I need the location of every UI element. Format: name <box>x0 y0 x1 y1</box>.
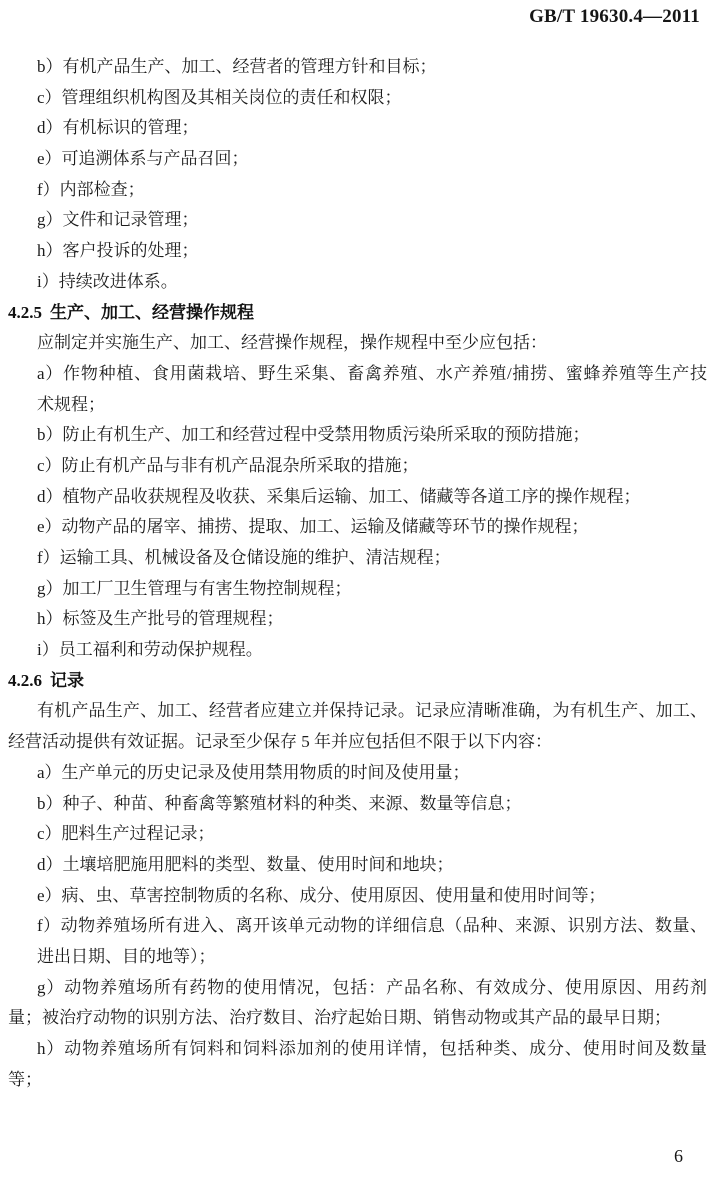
doc-list-item-line: 术规程； <box>8 390 707 421</box>
document-page: GB/T 19630.4—2011 b）有机产品生产、加工、经营者的管理方针和目… <box>0 0 720 1181</box>
doc-list-item-line: b）有机产品生产、加工、经营者的管理方针和目标； <box>8 52 707 83</box>
standard-number: GB/T 19630.4—2011 <box>529 6 700 28</box>
doc-list-item-line: f）内部检查； <box>8 175 707 206</box>
doc-list-item-line: e）动物产品的屠宰、捕捞、提取、加工、运输及储藏等环节的操作规程； <box>8 512 707 543</box>
document-body: b）有机产品生产、加工、经营者的管理方针和目标；c）管理组织机构图及其相关岗位的… <box>8 52 707 1095</box>
doc-list-item-line: h）客户投诉的处理； <box>8 236 707 267</box>
doc-paragraph-line: 有机产品生产、加工、经营者应建立并保持记录。记录应清晰准确，为有机生产、加工、 <box>8 696 707 727</box>
doc-list-item-line: g）文件和记录管理； <box>8 205 707 236</box>
doc-list-item-line: i）持续改进体系。 <box>8 267 707 298</box>
doc-list-item-line: a）生产单元的历史记录及使用禁用物质的时间及使用量； <box>8 758 707 789</box>
doc-list-item-line: f）运输工具、机械设备及仓储设施的维护、清洁规程； <box>8 543 707 574</box>
doc-list-item-line: 量；被治疗动物的识别方法、治疗数目、治疗起始日期、销售动物或其产品的最早日期； <box>8 1003 707 1034</box>
heading-title: 记录 <box>50 671 84 690</box>
doc-paragraph-line: 经营活动提供有效证据。记录至少保存 5 年并应包括但不限于以下内容： <box>8 727 707 758</box>
doc-list-item-line: b）防止有机生产、加工和经营过程中受禁用物质污染所采取的预防措施； <box>8 420 707 451</box>
doc-list-item-line: d）植物产品收获规程及收获、采集后运输、加工、储藏等各道工序的操作规程； <box>8 482 707 513</box>
doc-list-item-line: g）加工厂卫生管理与有害生物控制规程； <box>8 574 707 605</box>
doc-heading: 4.2.5生产、加工、经营操作规程 <box>8 298 707 329</box>
doc-list-item-line: d）土壤培肥施用肥料的类型、数量、使用时间和地块； <box>8 850 707 881</box>
heading-number: 4.2.5 <box>8 303 42 322</box>
doc-list-item-line: 等； <box>8 1065 707 1096</box>
doc-list-item-line: c）肥料生产过程记录； <box>8 819 707 850</box>
doc-paragraph-line: 应制定并实施生产、加工、经营操作规程，操作规程中至少应包括： <box>8 328 707 359</box>
heading-number: 4.2.6 <box>8 671 42 690</box>
heading-title: 生产、加工、经营操作规程 <box>50 303 254 322</box>
doc-list-item-line: 进出日期、目的地等）； <box>8 942 707 973</box>
page-number: 6 <box>674 1146 683 1167</box>
doc-list-item-line: i）员工福利和劳动保护规程。 <box>8 635 707 666</box>
doc-list-item-line: g）动物养殖场所有药物的使用情况，包括：产品名称、有效成分、使用原因、用药剂 <box>8 973 707 1004</box>
doc-list-item-line: e）病、虫、草害控制物质的名称、成分、使用原因、使用量和使用时间等； <box>8 881 707 912</box>
doc-list-item-line: c）防止有机产品与非有机产品混杂所采取的措施； <box>8 451 707 482</box>
doc-list-item-line: b）种子、种苗、种畜禽等繁殖材料的种类、来源、数量等信息； <box>8 789 707 820</box>
doc-list-item-line: e）可追溯体系与产品召回； <box>8 144 707 175</box>
doc-list-item-line: f）动物养殖场所有进入、离开该单元动物的详细信息（品种、来源、识别方法、数量、 <box>8 911 707 942</box>
doc-list-item-line: h）动物养殖场所有饲料和饲料添加剂的使用详情，包括种类、成分、使用时间及数量 <box>8 1034 707 1065</box>
doc-heading: 4.2.6记录 <box>8 666 707 697</box>
doc-list-item-line: d）有机标识的管理； <box>8 113 707 144</box>
doc-list-item-line: c）管理组织机构图及其相关岗位的责任和权限； <box>8 83 707 114</box>
doc-list-item-line: a）作物种植、食用菌栽培、野生采集、畜禽养殖、水产养殖/捕捞、蜜蜂养殖等生产技 <box>8 359 707 390</box>
doc-list-item-line: h）标签及生产批号的管理规程； <box>8 604 707 635</box>
